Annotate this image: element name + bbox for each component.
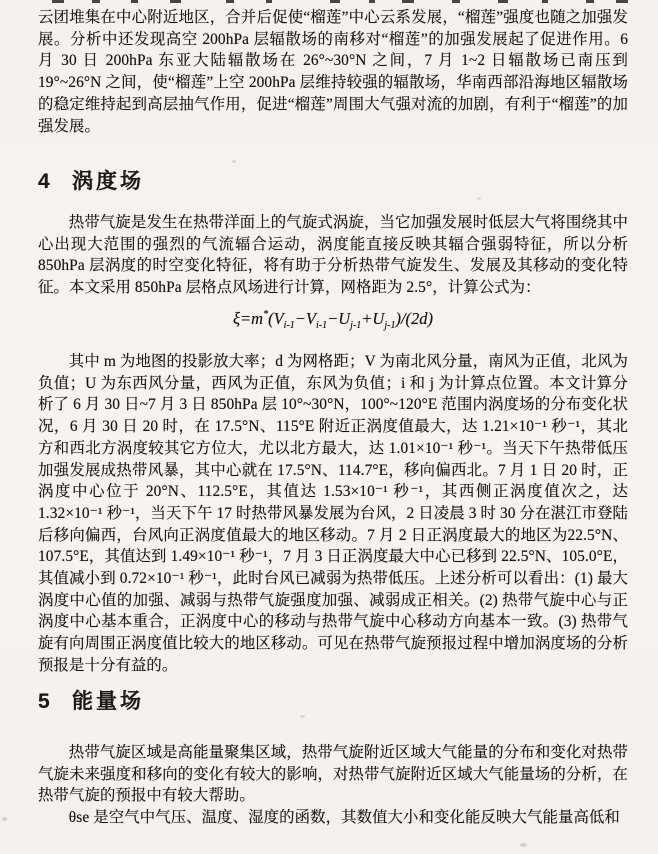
scan-artifact (266, 0, 272, 3)
formula-term: (V (268, 309, 284, 328)
section-5-heading: 5 能量场 (38, 685, 628, 715)
section-4-paragraph-2: 其中 m 为地图的投影放大率；d 为网格距；V 为南北风分量，南风为正值，北风为… (38, 351, 628, 677)
formula-term: ξ=m (233, 309, 263, 328)
section-5-paragraph-1: 热带气旋区域是高能量聚集区域，热带气旋附近区域大气能量的分布和变化对热带气旋未来… (38, 742, 628, 807)
formula-term: +U (361, 309, 384, 328)
section-title: 涡度场 (72, 165, 144, 195)
scanned-paper-page: 云团堆集在中心附近地区，合并后促使“榴莲”中心云系发展，“榴莲”强度也随之加强发… (0, 0, 658, 854)
section-number: 4 (38, 170, 72, 194)
section-4-paragraph-1: 热带气旋是发生在热带洋面上的气旋式涡旋，当它加强发展时低层大气将围绕其中心出现大… (38, 212, 628, 299)
scan-artifact (402, 0, 414, 3)
scan-artifact (131, 0, 138, 3)
scan-speck (2, 817, 7, 821)
scan-speck (232, 160, 236, 163)
continued-paragraph: 云团堆集在中心附近地区，合并后促使“榴莲”中心云系发展，“榴莲”强度也随之加强发… (38, 7, 628, 137)
scan-artifact (330, 0, 340, 3)
scan-artifact (498, 0, 508, 3)
scan-artifact (52, 0, 64, 3)
section-number: 5 (38, 690, 72, 714)
scan-artifact (452, 0, 460, 3)
section-4-heading: 4 涡度场 (38, 165, 628, 195)
scan-artifact (170, 0, 181, 3)
scan-artifact (369, 0, 375, 3)
scan-artifact (542, 0, 548, 3)
formula-subscript: j-1 (350, 320, 361, 331)
formula-term: −V (295, 309, 316, 328)
scan-speck (520, 843, 527, 847)
section-5-paragraph-2: θse 是空气中气压、温度、湿度的函数，其数值大小和变化能反映大气能量高低和 (38, 807, 628, 829)
scan-artifact (586, 0, 594, 3)
formula-term: )/(2d) (395, 309, 433, 328)
vorticity-formula: ξ=m*(Vi-1−Vi-1−Uj-1+Uj-1)/(2d) (38, 309, 628, 331)
section-title: 能量场 (72, 685, 144, 715)
scan-speck (477, 197, 481, 200)
formula-subscript: j-1 (384, 320, 395, 331)
formula-subscript: i-1 (284, 320, 295, 331)
formula-subscript: i-1 (316, 320, 327, 331)
scan-speck (300, 715, 305, 718)
scan-artifact (92, 0, 100, 3)
scan-artifact (226, 0, 234, 3)
formula-term: −U (327, 309, 350, 328)
scan-artifact (616, 0, 628, 3)
